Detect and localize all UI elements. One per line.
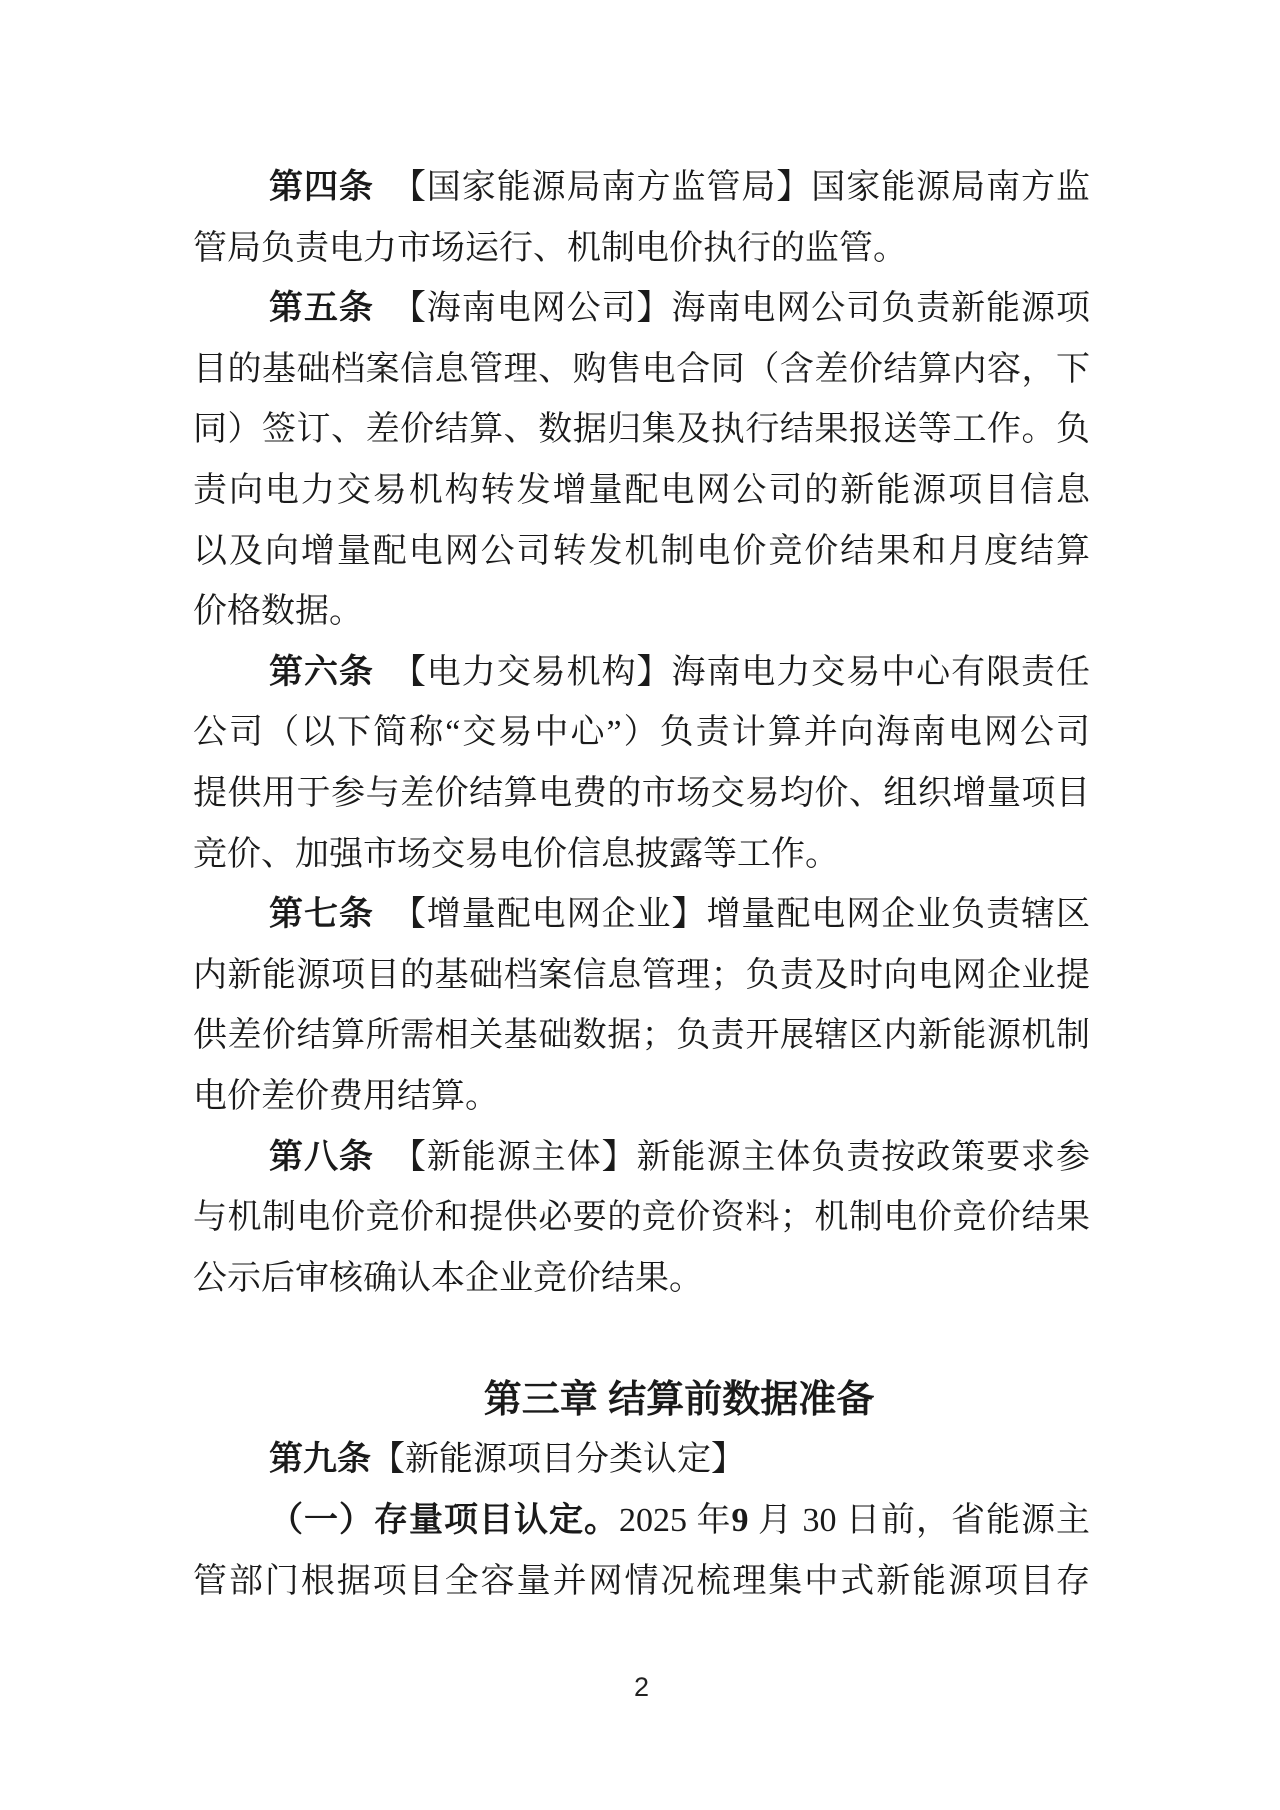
document-line: 目的基础档案信息管理、购售电合同（含差价结算内容，下: [193, 340, 1090, 401]
document-line: 与机制电价竞价和提供必要的竞价资料；机制电价竞价结果: [193, 1188, 1090, 1249]
text-segment: 公司（以下简称“交易中心”）负责计算并向海南电网公司: [193, 714, 1090, 751]
document-line: （一）存量项目认定。2025 年9 月 30 日前，省能源主: [193, 1491, 1090, 1552]
document-line: 供差价结算所需相关基础数据；负责开展辖区内新能源机制: [193, 1006, 1090, 1067]
bold-text-segment: 9: [732, 1502, 749, 1539]
text-segment: 【国家能源局南方监管局】国家能源局南方监: [374, 169, 1090, 206]
chapter-heading: 第三章 结算前数据准备: [193, 1370, 1090, 1431]
bold-text-segment: （一）存量项目认定。: [269, 1502, 619, 1539]
document-line: 第五条 【海南电网公司】海南电网公司负责新能源项: [193, 279, 1090, 340]
text-segment: 价格数据。: [193, 593, 363, 630]
blank-line: [193, 1309, 1090, 1370]
text-segment: 以及向增量配电网公司转发机制电价竞价结果和月度结算: [193, 533, 1090, 570]
bold-text-segment: 第八条: [269, 1139, 374, 1176]
document-line: 公司（以下简称“交易中心”）负责计算并向海南电网公司: [193, 703, 1090, 764]
text-segment: 管局负责电力市场运行、机制电价执行的监管。: [193, 230, 907, 267]
text-segment: 公示后审核确认本企业竞价结果。: [193, 1260, 703, 1297]
bold-text-segment: 第四条: [269, 169, 374, 206]
bold-text-segment: 第七条: [269, 896, 374, 933]
text-segment: 提供用于参与差价结算电费的市场交易均价、组织增量项目: [193, 775, 1090, 812]
document-line: 以及向增量配电网公司转发机制电价竞价结果和月度结算: [193, 522, 1090, 583]
text-segment: 内新能源项目的基础档案信息管理；负责及时向电网企业提: [193, 957, 1090, 994]
bold-text-segment: 第六条: [269, 654, 374, 691]
document-line: 第四条 【国家能源局南方监管局】国家能源局南方监: [193, 158, 1090, 219]
text-segment: 同）签订、差价结算、数据归集及执行结果报送等工作。负: [193, 411, 1090, 448]
document-line: 公示后审核确认本企业竞价结果。: [193, 1249, 1090, 1310]
document-page: 第四条 【国家能源局南方监管局】国家能源局南方监管局负责电力市场运行、机制电价执…: [0, 0, 1280, 1810]
document-line: 管局负责电力市场运行、机制电价执行的监管。: [193, 219, 1090, 280]
text-segment: 电价差价费用结算。: [193, 1078, 499, 1115]
document-line: 第六条 【电力交易机构】海南电力交易中心有限责任: [193, 643, 1090, 704]
text-segment: 【增量配电网企业】增量配电网企业负责辖区: [374, 896, 1090, 933]
document-line: 价格数据。: [193, 582, 1090, 643]
text-segment: 目的基础档案信息管理、购售电合同（含差价结算内容，下: [193, 351, 1090, 388]
document-body: 第四条 【国家能源局南方监管局】国家能源局南方监管局负责电力市场运行、机制电价执…: [193, 158, 1090, 1612]
document-line: 管部门根据项目全容量并网情况梳理集中式新能源项目存: [193, 1552, 1090, 1613]
document-line: 第八条 【新能源主体】新能源主体负责按政策要求参: [193, 1128, 1090, 1189]
text-segment: 【海南电网公司】海南电网公司负责新能源项: [374, 290, 1090, 327]
bold-text-segment: 第三章 结算前数据准备: [484, 1379, 875, 1421]
document-line: 电价差价费用结算。: [193, 1067, 1090, 1128]
document-line: 提供用于参与差价结算电费的市场交易均价、组织增量项目: [193, 764, 1090, 825]
document-line: 内新能源项目的基础档案信息管理；负责及时向电网企业提: [193, 946, 1090, 1007]
text-segment: 【新能源主体】新能源主体负责按政策要求参: [374, 1139, 1090, 1176]
text-segment: 【新能源项目分类认定】: [371, 1441, 745, 1478]
document-line: 第九条【新能源项目分类认定】: [193, 1430, 1090, 1491]
page-footer: 2: [193, 1674, 1090, 1701]
document-line: 责向电力交易机构转发增量配电网公司的新能源项目信息: [193, 461, 1090, 522]
text-segment: 【电力交易机构】海南电力交易中心有限责任: [374, 654, 1090, 691]
text-segment: 月 30 日前，省能源主: [749, 1502, 1091, 1539]
text-segment: 管部门根据项目全容量并网情况梳理集中式新能源项目存: [193, 1563, 1090, 1600]
text-segment: 责向电力交易机构转发增量配电网公司的新能源项目信息: [193, 472, 1090, 509]
document-line: 竞价、加强市场交易电价信息披露等工作。: [193, 825, 1090, 886]
document-line: 同）签订、差价结算、数据归集及执行结果报送等工作。负: [193, 400, 1090, 461]
text-segment: 供差价结算所需相关基础数据；负责开展辖区内新能源机制: [193, 1017, 1090, 1054]
bold-text-segment: 第五条: [269, 290, 374, 327]
bold-text-segment: 第九条: [269, 1441, 371, 1478]
text-segment: 与机制电价竞价和提供必要的竞价资料；机制电价竞价结果: [193, 1199, 1090, 1236]
page-number: 2: [634, 1672, 649, 1702]
text-segment: 2025 年: [619, 1502, 732, 1539]
text-segment: 竞价、加强市场交易电价信息披露等工作。: [193, 836, 839, 873]
document-line: 第七条 【增量配电网企业】增量配电网企业负责辖区: [193, 885, 1090, 946]
